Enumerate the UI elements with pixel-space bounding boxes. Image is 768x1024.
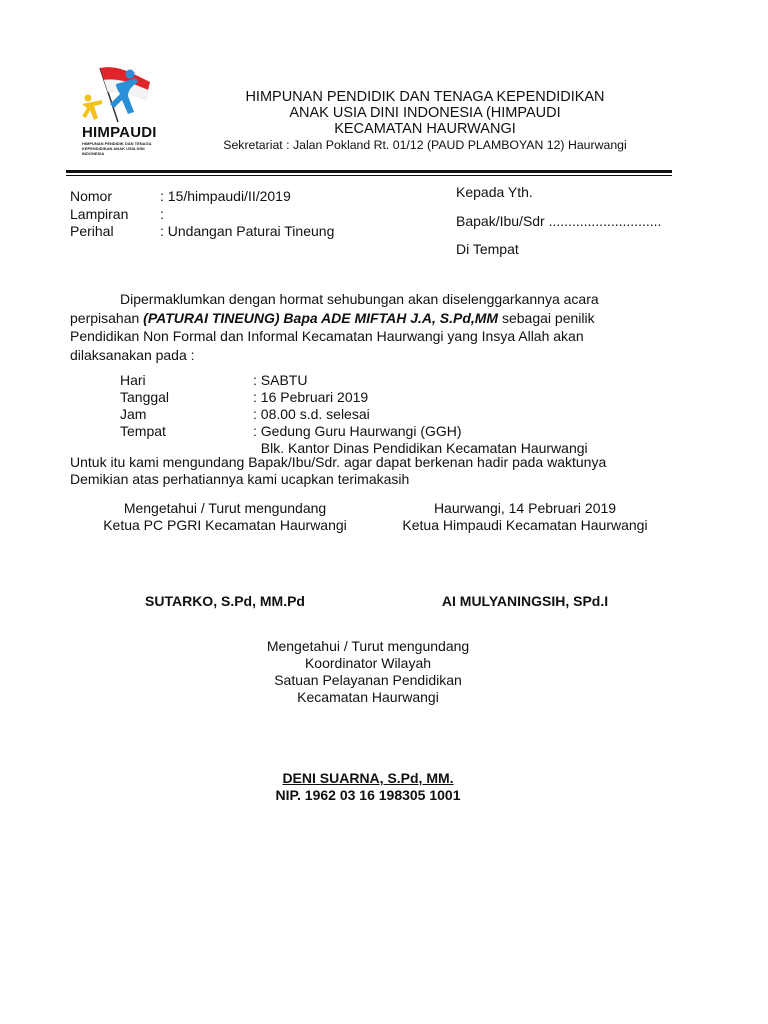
header-divider-thick — [66, 170, 672, 173]
body-paragraph: Dipermaklumkan dengan hormat sehubungan … — [70, 290, 670, 364]
signature-date: Haurwangi, 14 Pebruari 2019 — [380, 500, 670, 517]
meta-value: : Undangan Paturai Tineung — [160, 222, 334, 240]
body-line: perpisahan (PATURAI TINEUNG) Bapa ADE MI… — [70, 309, 670, 328]
header-divider-thin — [66, 175, 672, 176]
signature-role: Mengetahui / Turut mengundang — [80, 500, 370, 517]
org-name: HIMPUNAN PENDIDIK DAN TENAGA KEPENDIDIKA… — [190, 89, 660, 105]
closing-line: Demikian atas perhatiannya kami ucapkan … — [70, 471, 606, 488]
org-name-2: ANAK USIA DINI INDONESIA (HIMPAUDI — [190, 105, 660, 121]
himpaudi-logo: HIMPAUDI HIMPUNAN PENDIDIK DAN TENAGA KE… — [78, 64, 178, 152]
signature-title: Ketua PC PGRI Kecamatan Haurwangi — [80, 517, 370, 534]
recipient-greeting: Kepada Yth. — [456, 184, 533, 200]
signature-title: Satuan Pelayanan Pendidikan — [218, 672, 518, 689]
signature-title: Ketua Himpaudi Kecamatan Haurwangi — [380, 517, 670, 534]
signatory-name: AI MULYANINGSIH, SPd.I — [380, 593, 670, 610]
recipient-place: Di Tempat — [456, 241, 519, 257]
meta-label: Perihal — [70, 222, 114, 240]
body-line: Dipermaklumkan dengan hormat sehubungan … — [70, 290, 670, 309]
meta-value: : 15/himpaudi/II/2019 — [160, 187, 291, 205]
org-district: KECAMATAN HAURWANGI — [190, 121, 660, 137]
secretariat-address: Sekretariat : Jalan Pokland Rt. 01/12 (P… — [190, 137, 660, 153]
flag-figures-icon — [78, 64, 178, 126]
meta-label: Lampiran — [70, 205, 128, 223]
body-line: dilaksanakan pada : — [70, 346, 670, 365]
logo-subtext: HIMPUNAN PENDIDIK DAN TENAGA KEPENDIDIKA… — [82, 141, 162, 156]
signature-title: Koordinator Wilayah — [218, 655, 518, 672]
body-line: Pendidikan Non Formal dan Informal Kecam… — [70, 327, 670, 346]
event-highlight: (PATURAI TINEUNG) Bapa ADE MIFTAH J.A, S… — [143, 310, 498, 326]
letterhead: HIMPUNAN PENDIDIK DAN TENAGA KEPENDIDIKA… — [190, 89, 660, 153]
recipient-name: Bapak/Ibu/Sdr ..........................… — [456, 213, 661, 229]
signature-title: Kecamatan Haurwangi — [218, 689, 518, 706]
signature-right: Haurwangi, 14 Pebruari 2019 Ketua Himpau… — [380, 500, 670, 610]
signatory-name: DENI SUARNA, S.Pd, MM. — [218, 770, 518, 787]
meta-label: Nomor — [70, 187, 112, 205]
meta-value: : — [160, 205, 164, 223]
closing: Untuk itu kami mengundang Bapak/Ibu/Sdr.… — [70, 454, 606, 488]
signature-bottom: Mengetahui / Turut mengundang Koordinato… — [218, 638, 518, 804]
closing-line: Untuk itu kami mengundang Bapak/Ibu/Sdr.… — [70, 454, 606, 471]
signature-left: Mengetahui / Turut mengundang Ketua PC P… — [80, 500, 370, 610]
logo-text: HIMPAUDI — [82, 124, 157, 141]
signature-role: Mengetahui / Turut mengundang — [218, 638, 518, 655]
signatory-name: SUTARKO, S.Pd, MM.Pd — [80, 593, 370, 610]
signatory-nip: NIP. 1962 03 16 198305 1001 — [218, 787, 518, 804]
